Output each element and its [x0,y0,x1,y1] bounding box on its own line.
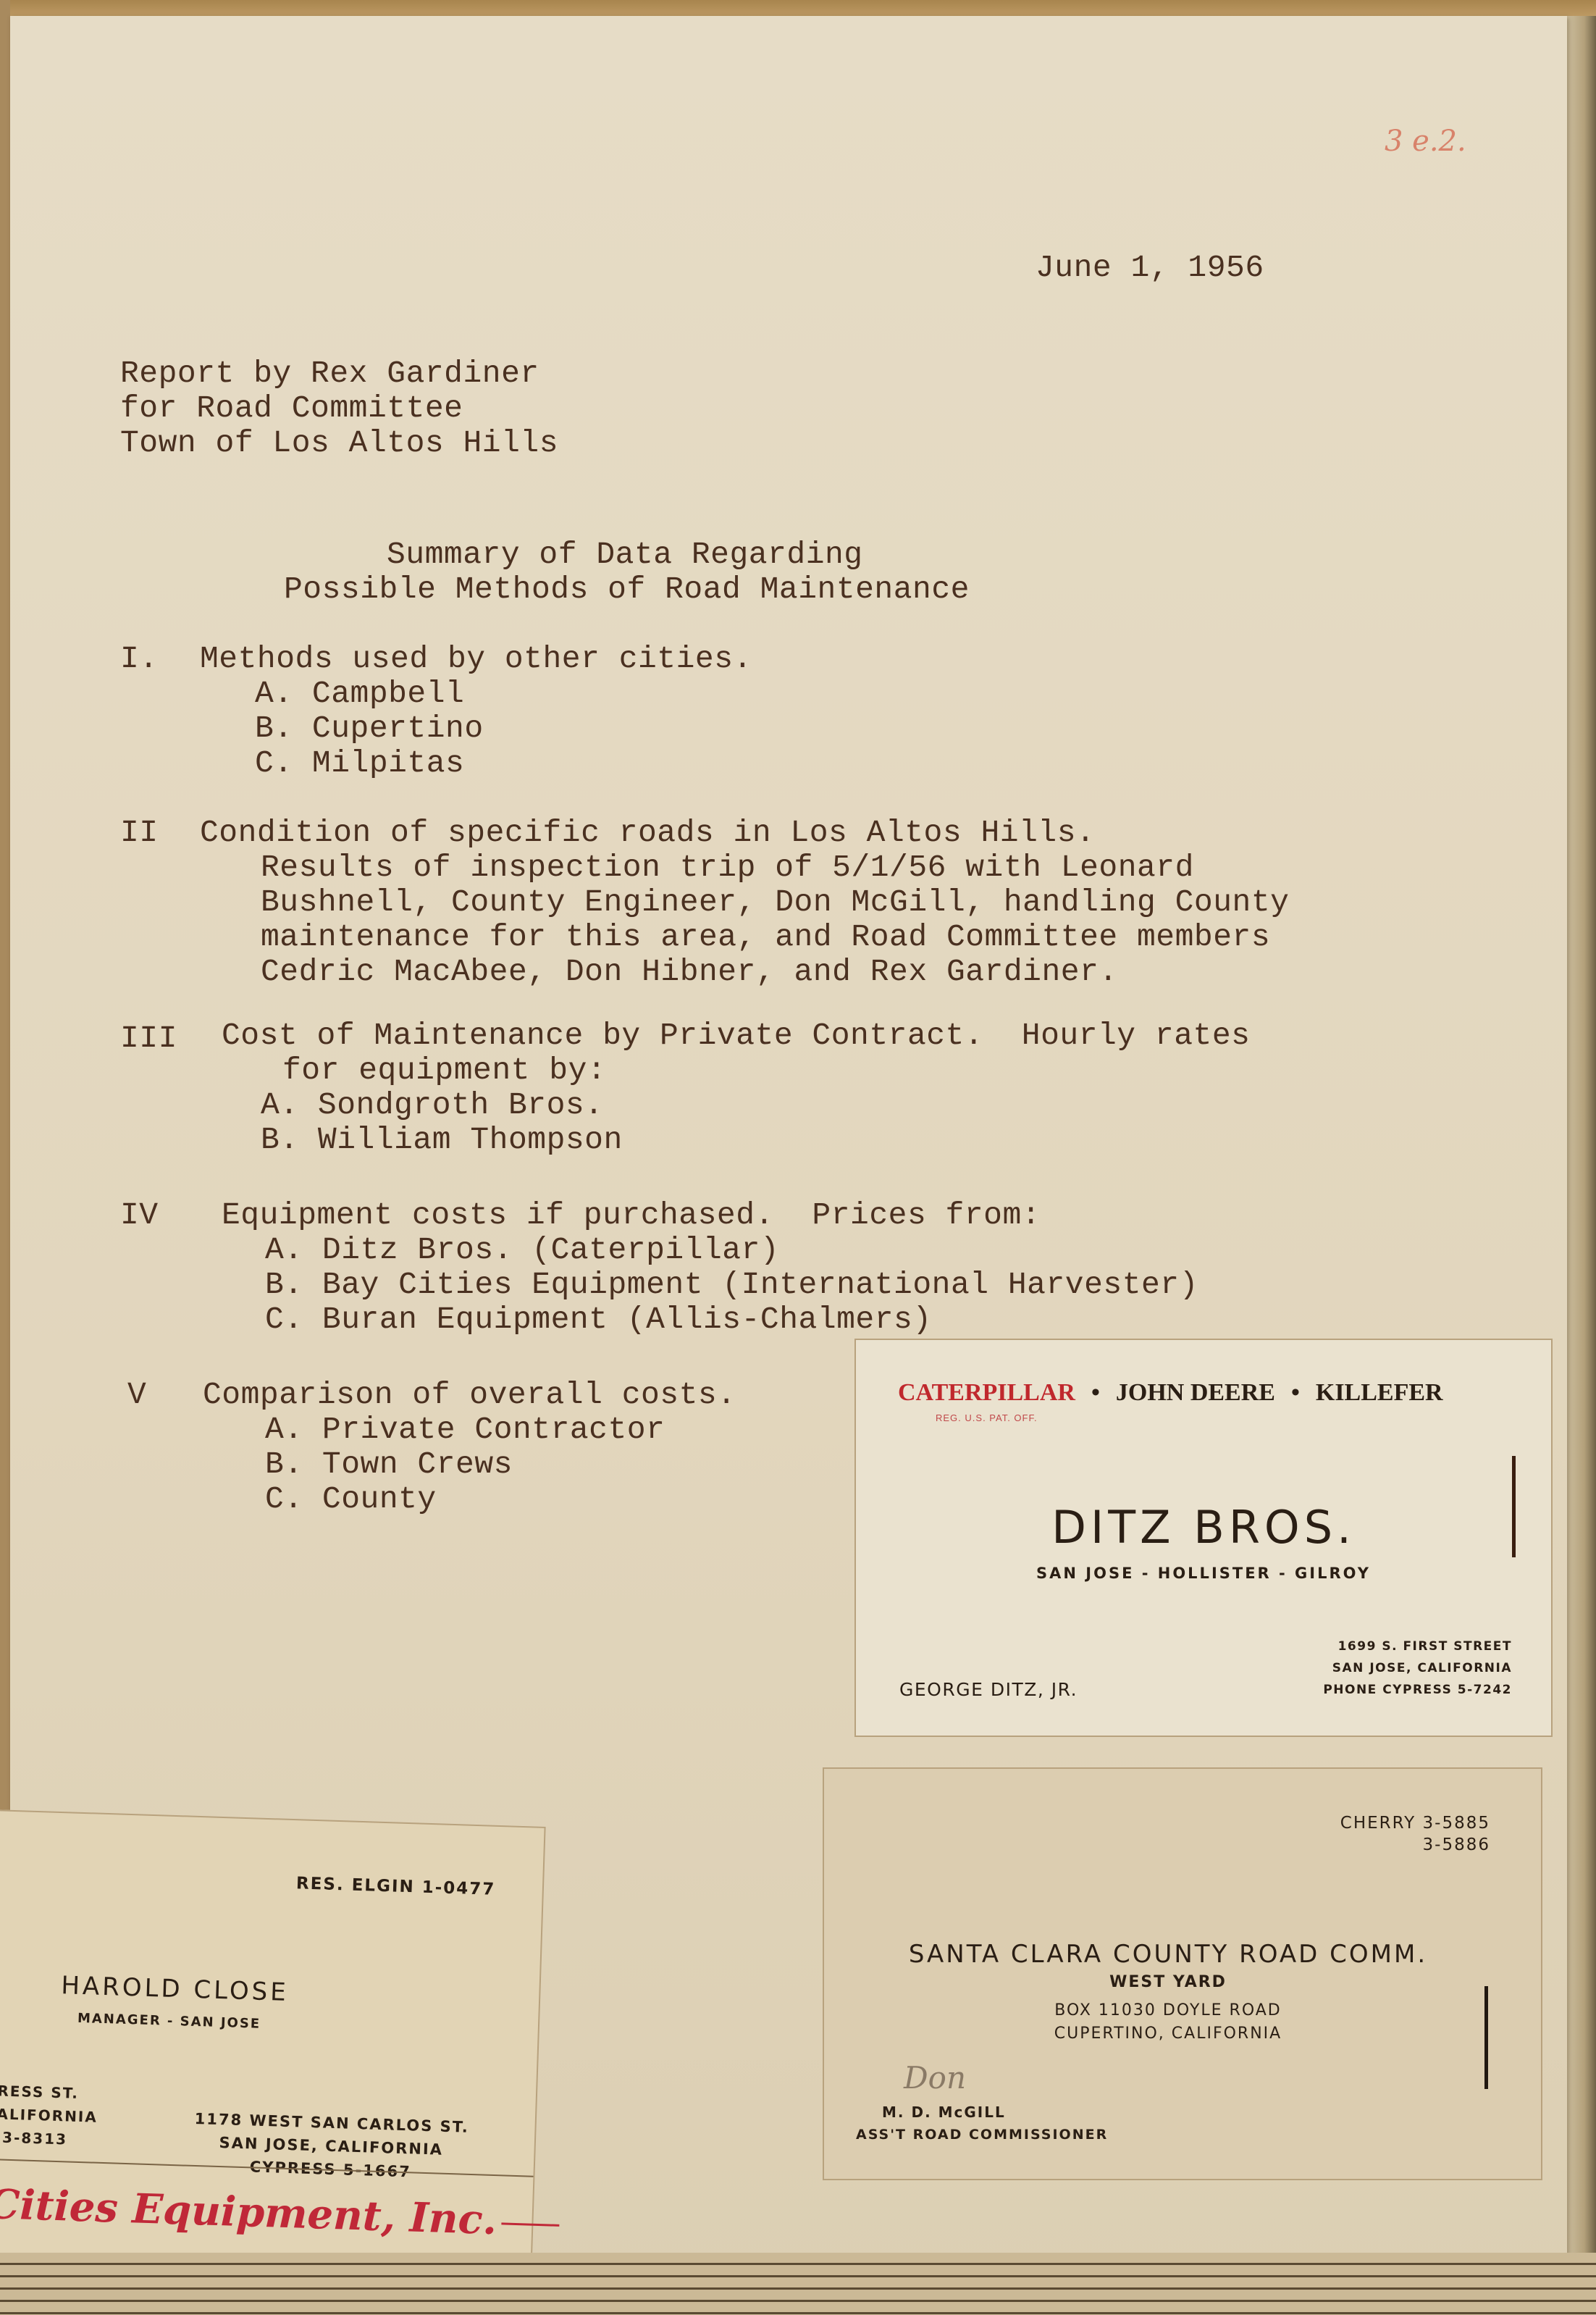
contact-title: ASS'T ROAD COMMISSIONER [856,2127,1108,2143]
address-line: PRESS ST. [0,2079,98,2106]
brand-line: CATERPILLAR•JOHN DEERE•KILLEFER [898,1379,1443,1407]
staple-mark [1484,1986,1488,2089]
left-address: PRESS ST. CALIFORNIA S 3-8313 [0,2079,98,2152]
section-numeral: II [120,816,159,850]
address-line: CUPERTINO, CALIFORNIA [824,2022,1512,2046]
section-item: C. Milpitas [255,746,464,781]
section-heading: Cost of Maintenance by Private Contract.… [222,1018,1250,1053]
section-text: Cedric MacAbee, Don Hibner, and Rex Gard… [261,955,1118,989]
section-item: B. Bay Cities Equipment (International H… [265,1268,1198,1302]
phone-line: S 3-8313 [0,2125,97,2152]
company-script-text: Cities Equipment, Inc. [0,2180,497,2244]
section-item: A. Ditz Bros. (Caterpillar) [265,1233,779,1268]
document-date: June 1, 1956 [1036,251,1264,285]
company-locations: SAN JOSE - HOLLISTER - GILROY [856,1565,1551,1582]
section-item: C. County [265,1482,437,1517]
section-text: for equipment by: [282,1053,606,1088]
page-stack-bottom-edge [0,2253,1596,2315]
company-name: DITZ BROS. [856,1501,1551,1554]
address-line: SAN JOSE, CALIFORNIA [1323,1657,1512,1679]
residence-phone: RES. ELGIN 1-0477 [296,1874,496,1899]
section-numeral: III [120,1021,177,1056]
page-stack-right-edge [1567,16,1596,2315]
contact-name: GEORGE DITZ, JR. [899,1679,1078,1700]
section-item: A. Private Contractor [265,1412,665,1447]
agency-name: SANTA CLARA COUNTY ROAD COMM. [824,1940,1541,1969]
yard-label: WEST YARD [824,1973,1541,1991]
title-line: Summary of Data Regarding [387,537,863,572]
contact-role: MANAGER - SAN JOSE [77,2011,261,2032]
section-item: B. Town Crews [265,1447,513,1482]
section-item: A. Campbell [255,677,464,711]
section-text: Bushnell, County Engineer, Don McGill, h… [261,885,1289,920]
section-numeral: I. [120,642,159,677]
trademark-notice: REG. U.S. PAT. OFF. [936,1412,1038,1423]
staple-mark [1512,1456,1516,1557]
brand-caterpillar: CATERPILLAR [898,1379,1075,1406]
separator-dot: • [1291,1379,1300,1406]
business-card-bay-cities-equipment: RES. ELGIN 1-0477 HAROLD CLOSE MANAGER -… [0,1809,546,2293]
separator-dot: • [1091,1379,1100,1406]
handwritten-note: Don [904,2060,966,2096]
section-numeral: IV [120,1198,159,1233]
agency-address: BOX 11030 DOYLE ROAD CUPERTINO, CALIFORN… [824,1999,1541,2046]
company-script-logo: Cities Equipment, Inc. [0,2180,560,2246]
underline-flourish [501,2222,559,2227]
address-line: CALIFORNIA [0,2102,98,2129]
business-card-county-road-comm: CHERRY 3-5885 3-5886 SANTA CLARA COUNTY … [823,1767,1542,2180]
address-line: 1699 S. FIRST STREET [1323,1636,1512,1657]
section-text: Results of inspection trip of 5/1/56 wit… [261,850,1194,885]
header-line: Town of Los Altos Hills [120,426,558,461]
section-heading: Comparison of overall costs. [203,1378,736,1412]
section-text: maintenance for this area, and Road Comm… [261,920,1270,955]
page-annotation: 3 e.2. [1385,125,1466,158]
section-numeral: V [127,1378,146,1412]
contact-name: M. D. McGILL [882,2103,1006,2121]
phone-line: 3-5886 [1340,1834,1490,1856]
section-heading: Condition of specific roads in Los Altos… [200,816,1095,850]
section-item: B. William Thompson [261,1123,623,1157]
header-line: Report by Rex Gardiner [120,356,539,391]
header-line: for Road Committee [120,391,463,426]
section-heading: Equipment costs if purchased. Prices fro… [222,1198,1041,1233]
business-card-ditz-bros: CATERPILLAR•JOHN DEERE•KILLEFER REG. U.S… [854,1339,1553,1737]
contact-address: 1699 S. FIRST STREET SAN JOSE, CALIFORNI… [1323,1636,1512,1701]
section-item: B. Cupertino [255,711,484,746]
contact-name: HAROLD CLOSE [61,1971,290,2007]
phone-line: PHONE CYPRESS 5-7242 [1323,1679,1512,1701]
title-line: Possible Methods of Road Maintenance [284,572,970,607]
phone-numbers: CHERRY 3-5885 3-5886 [1340,1812,1490,1856]
section-item: C. Buran Equipment (Allis-Chalmers) [265,1302,932,1337]
phone-line: CHERRY 3-5885 [1340,1812,1490,1834]
section-item: A. Sondgroth Bros. [261,1088,603,1123]
section-heading: Methods used by other cities. [200,642,752,677]
address-line: BOX 11030 DOYLE ROAD [824,1999,1512,2022]
brand-john-deere: JOHN DEERE [1116,1379,1275,1406]
brand-killefer: KILLEFER [1316,1379,1443,1406]
